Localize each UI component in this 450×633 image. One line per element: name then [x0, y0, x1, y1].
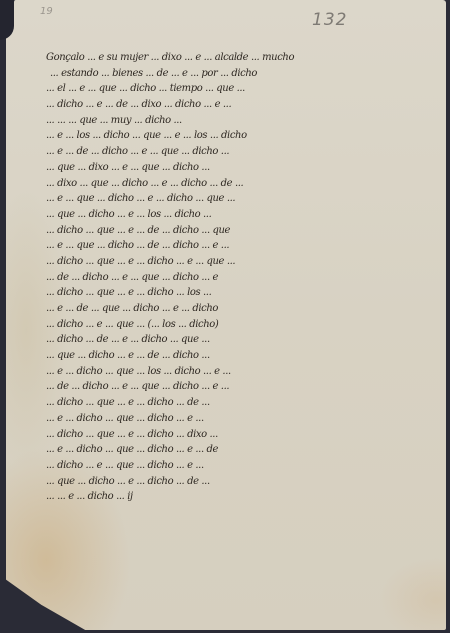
text-line: ... e ... de ... dicho ... e ... que ...… — [46, 144, 424, 160]
text-line: ... el ... e ... que ... dicho ... tiemp… — [46, 81, 424, 97]
folio-number: 132 — [312, 10, 347, 30]
text-line: ... e ... de ... que ... dicho ... e ...… — [46, 301, 424, 317]
manuscript-text-block: Gonçalo ... e su mujer ... dixo ... e ..… — [46, 50, 424, 505]
text-line: ... dicho ... que ... e ... de ... dicho… — [46, 222, 424, 238]
text-line: ... que ... dicho ... e ... dicho ... de… — [46, 473, 424, 489]
text-line: ... dicho ... e ... que ... (... los ...… — [46, 316, 424, 332]
text-line: ... dicho ... que ... e ... dicho ... de… — [46, 395, 424, 411]
text-line: ... dicho ... que ... e ... dicho ... e … — [46, 254, 424, 270]
text-line: ... e ... que ... dicho ... e ... dicho … — [46, 191, 424, 207]
text-line: ... e ... los ... dicho ... que ... e ..… — [46, 128, 424, 144]
text-line: ... dicho ... de ... e ... dicho ... que… — [46, 332, 424, 348]
text-line: ... e ... que ... dicho ... de ... dicho… — [46, 238, 424, 254]
text-line: ... de ... dicho ... e ... que ... dicho… — [46, 269, 424, 285]
text-line: ... estando ... bienes ... de ... e ... … — [46, 65, 424, 81]
text-line: ... que ... dicho ... e ... los ... dich… — [46, 206, 424, 222]
text-line: ... de ... dicho ... e ... que ... dicho… — [46, 379, 424, 395]
text-line: Gonçalo ... e su mujer ... dixo ... e ..… — [46, 50, 424, 66]
manuscript-page: 19 132 Gonçalo ... e su mujer ... dixo .… — [6, 0, 446, 630]
text-line: ... dicho ... e ... de ... dixo ... dich… — [46, 97, 424, 113]
text-line: ... dicho ... que ... e ... dicho ... lo… — [46, 285, 424, 301]
text-line: ... dicho ... e ... que ... dicho ... e … — [46, 457, 424, 473]
text-line: ... e ... dicho ... que ... dicho ... e … — [46, 442, 424, 458]
text-line: ... dixo ... que ... dicho ... e ... dic… — [46, 175, 424, 191]
text-line: ... e ... dicho ... que ... los ... dich… — [46, 363, 424, 379]
text-line: ... que ... dixo ... e ... que ... dicho… — [46, 159, 424, 175]
text-line-final: ... ... e ... dicho ... ij — [46, 489, 156, 505]
text-line: ... e ... dicho ... que ... dicho ... e … — [46, 410, 424, 426]
folio-mark-left: 19 — [40, 6, 53, 17]
text-line: ... que ... dicho ... e ... de ... dicho… — [46, 348, 424, 364]
text-line: ... ... ... que ... muy ... dicho ... — [46, 112, 424, 128]
text-line: ... dicho ... que ... e ... dicho ... di… — [46, 426, 424, 442]
